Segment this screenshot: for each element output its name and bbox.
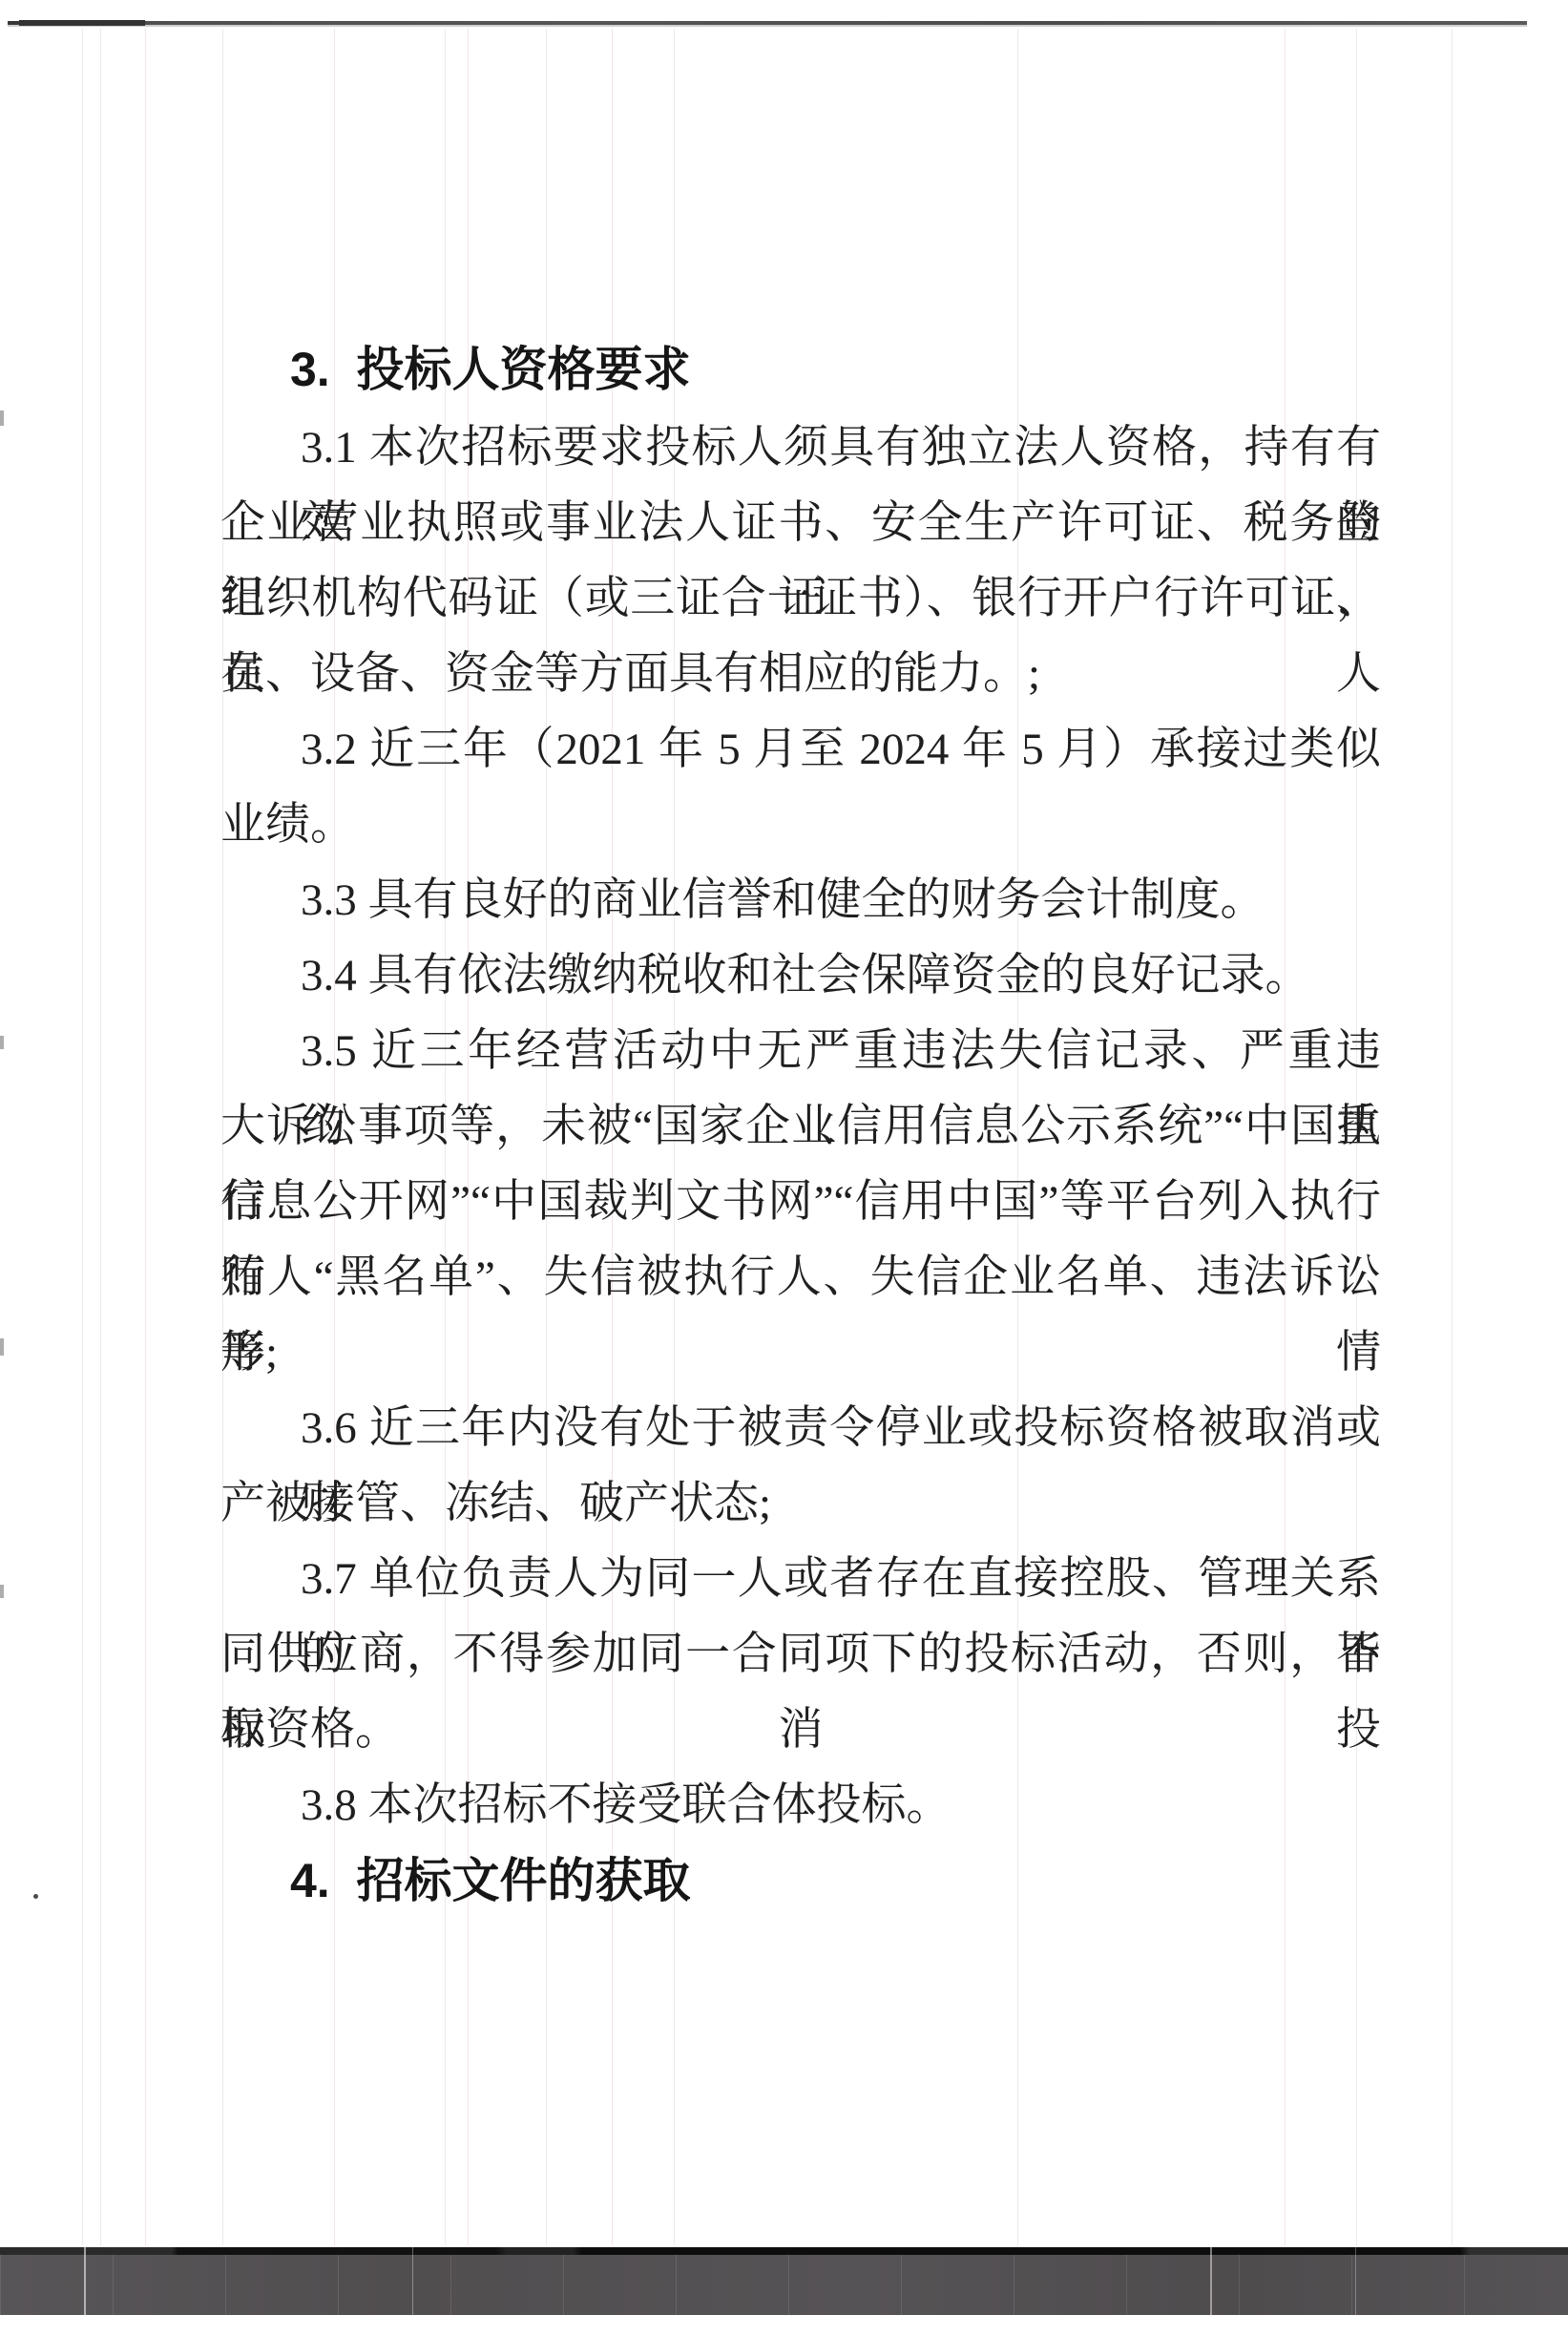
document-body: 3. 投标人资格要求 3.1 本次招标要求投标人须具有独立法人资格，持有有效的 …: [220, 329, 1381, 1919]
clause-line: 3.2 近三年（2021 年 5 月至 2024 年 5 月）承接过类似: [220, 712, 1381, 788]
clause-line: 企业营业执照或事业法人证书、安全生产许可证、税务登记证、: [220, 486, 1381, 561]
clause-line: 信息公开网”“中国裁判文书网”“信用中国”等平台列入执行行: [220, 1165, 1381, 1240]
clause-line: 3.1 本次招标要求投标人须具有独立法人资格，持有有效的: [220, 410, 1381, 486]
ink-dot-artifact: [33, 1894, 38, 1899]
scanned-document-page: 3. 投标人资格要求 3.1 本次招标要求投标人须具有独立法人资格，持有有效的 …: [0, 0, 1568, 2336]
band-streak: [84, 2247, 86, 2315]
clause-line: 贿人“黑名单”、失信被执行人、失信企业名单、违法诉讼等情: [220, 1240, 1381, 1315]
scan-artifact-top-line-segment: [19, 20, 145, 26]
clause-line: 3.7 单位负责人为同一人或者存在直接控股、管理关系的不: [220, 1542, 1381, 1617]
scan-artifact-top-line: [8, 21, 1527, 25]
clause-line: 3.4 具有依法缴纳税收和社会保障资金的良好记录。: [220, 938, 1381, 1014]
clause-line: 3.3 具有良好的商业信誉和健全的财务会计制度。: [220, 863, 1381, 938]
clause-line: 3.5 近三年经营活动中无严重违法失信记录、严重违约、重: [220, 1014, 1381, 1089]
clause-line: 业绩。: [220, 788, 1381, 863]
clause-line: 大诉讼事项等，未被“国家企业信用信息公示系统”“中国执行: [220, 1089, 1381, 1165]
edge-mark-artifact: [0, 1585, 4, 1598]
clause-line: 3.6 近三年内没有处于被责令停业或投标资格被取消或财: [220, 1391, 1381, 1466]
scan-streak: [145, 29, 146, 2245]
clause-line: 产被接管、冻结、破产状态;: [220, 1466, 1381, 1542]
edge-mark-artifact: [0, 1338, 4, 1356]
edge-mark-artifact: [0, 410, 4, 426]
scan-streak: [82, 29, 83, 2245]
edge-mark-artifact: [0, 1036, 4, 1049]
section-heading-3: 3. 投标人资格要求: [220, 329, 1381, 410]
band-streak: [1210, 2247, 1212, 2315]
clause-line: 组织机构代码证（或三证合一证书）、银行开户行许可证，在人: [220, 561, 1381, 637]
scan-streak: [100, 29, 101, 2245]
band-streak: [1355, 2247, 1356, 2315]
scan-artifact-bottom-band: [0, 2247, 1568, 2315]
band-streak: [412, 2247, 413, 2315]
scan-artifact-band-edge: [0, 2247, 1568, 2255]
clause-line: 同供应商，不得参加同一合同项下的投标活动，否则，皆取消投: [220, 1617, 1381, 1693]
scan-streak: [1452, 29, 1453, 2245]
clause-line: 3.8 本次招标不接受联合体投标。: [220, 1768, 1381, 1843]
section-heading-4: 4. 招标文件的获取: [220, 1843, 1381, 1919]
